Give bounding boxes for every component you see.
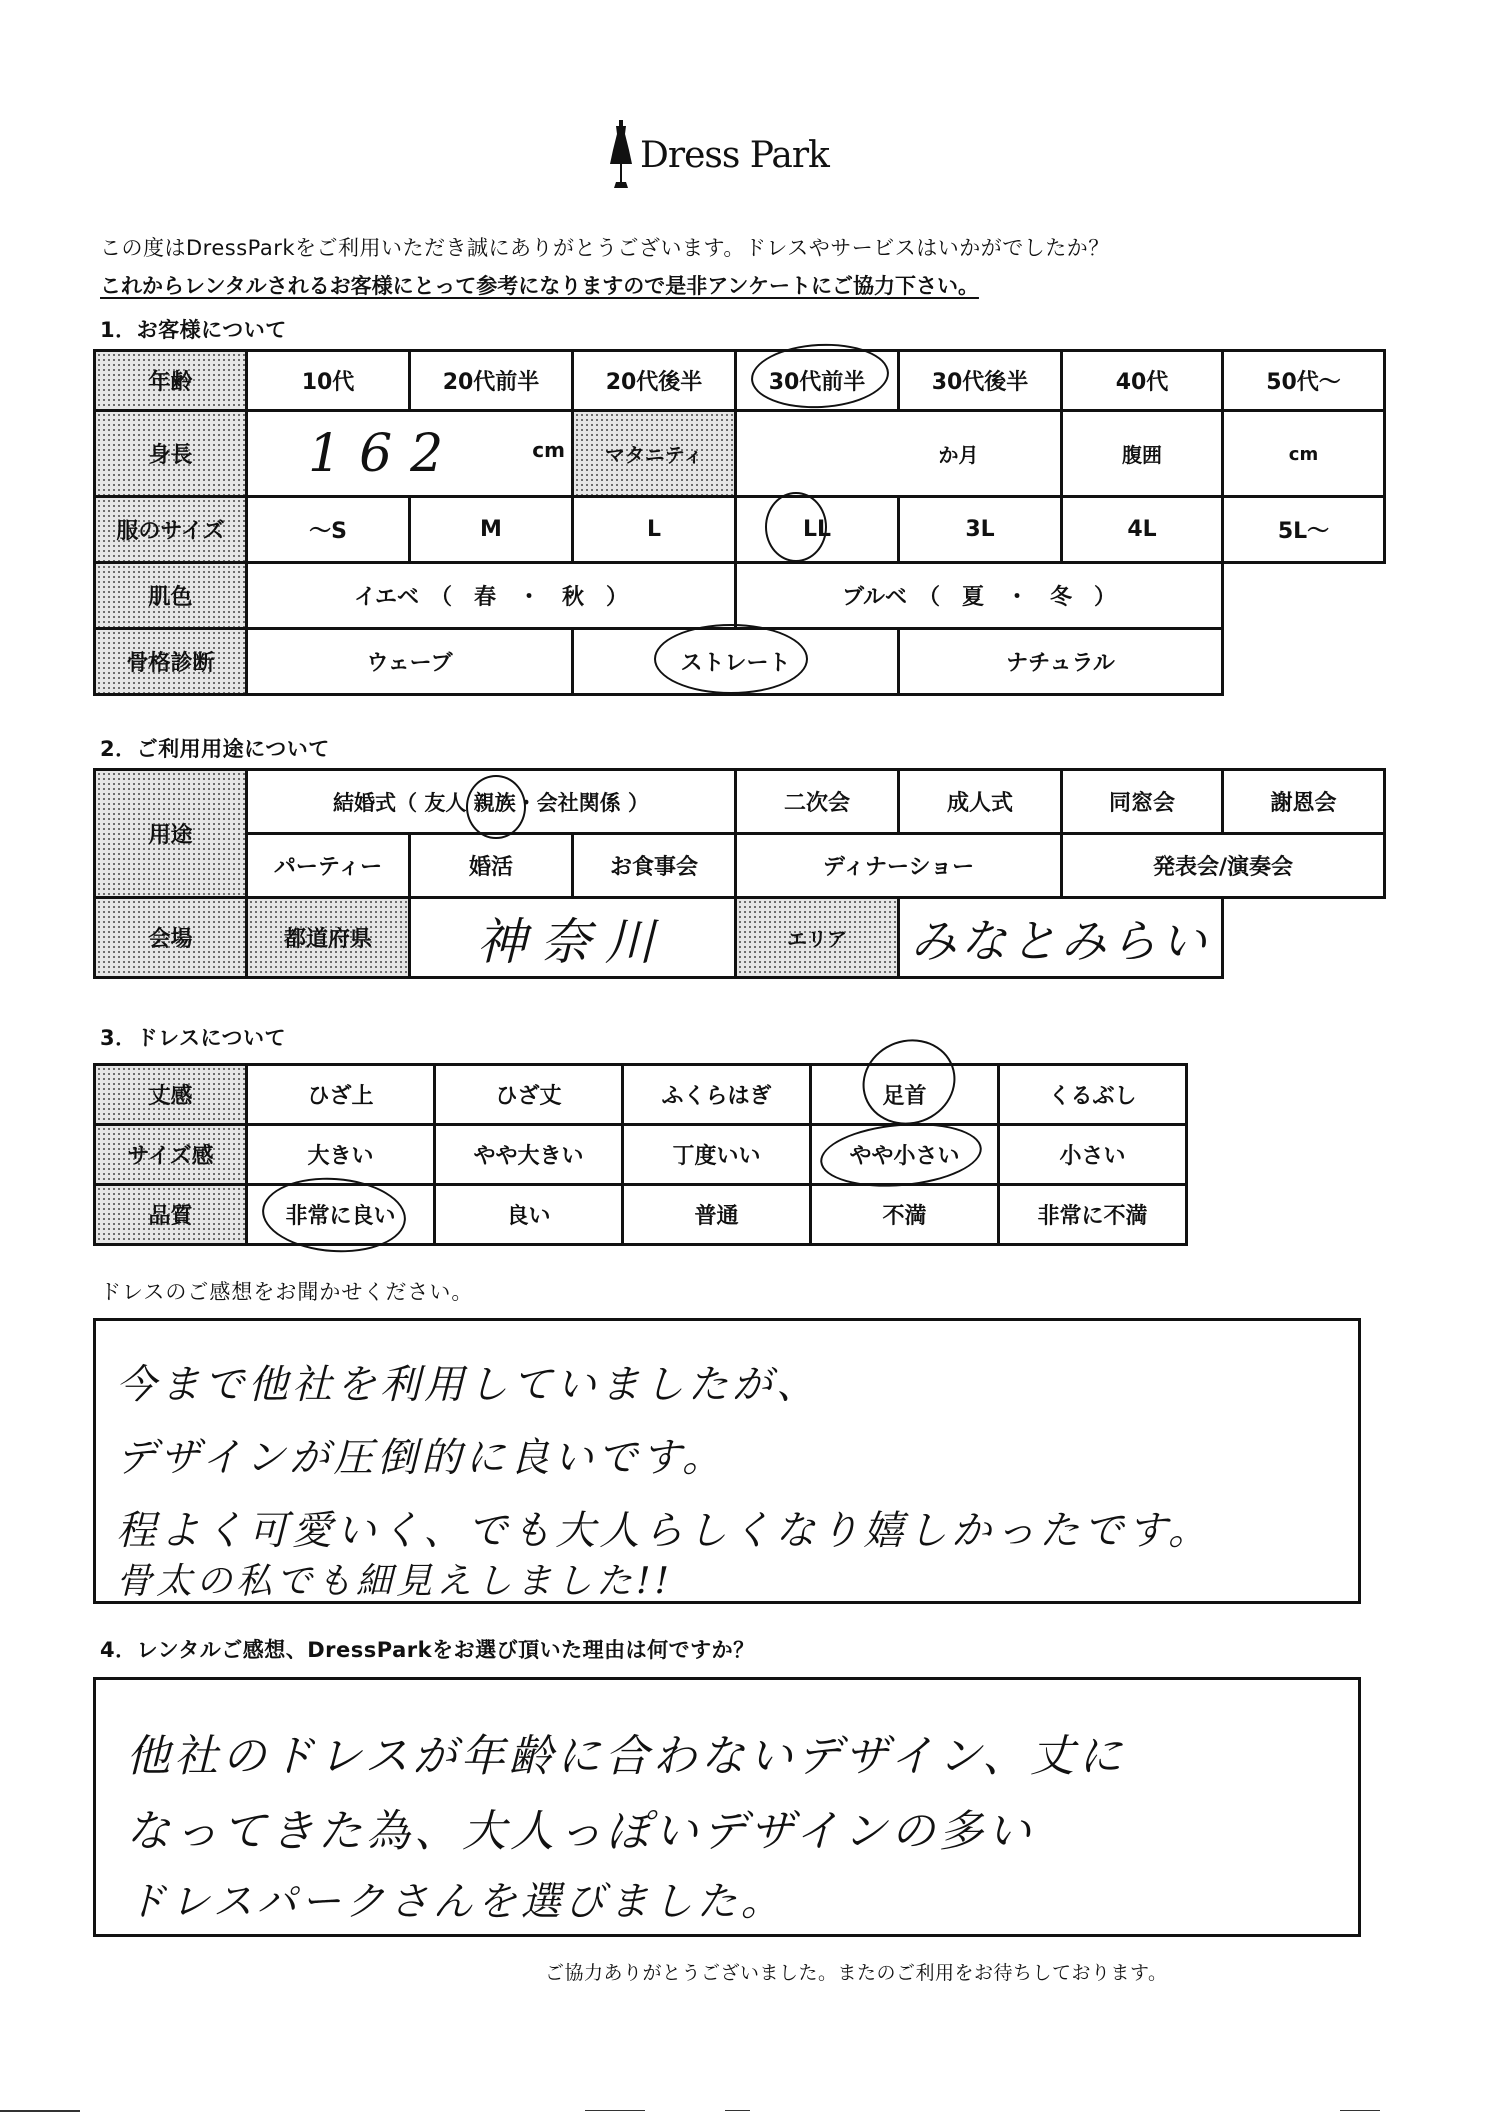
- comment-line: 程よく可愛いく、でも大人らしくなり嬉しかったです。: [116, 1499, 1212, 1556]
- body-type-row: 骨格診断 ウェーブ ストレート ナチュラル: [95, 629, 1385, 695]
- answer-line: 他社のドレスが年齢に合わないデザイン、丈に: [126, 1720, 1126, 1784]
- scan-artifact-divider: [1340, 2110, 1380, 2111]
- purpose-option[interactable]: ディナーショー: [736, 834, 1062, 898]
- purpose-option[interactable]: 同窓会: [1062, 770, 1223, 834]
- dress-rating-table: 丈感 ひざ上 ひざ丈 ふくらはぎ 足首 くるぶし サイズ感 大きい やや大きい …: [93, 1063, 1188, 1246]
- quality-option[interactable]: 普通: [623, 1185, 811, 1245]
- body-type-option[interactable]: ナチュラル: [899, 629, 1223, 695]
- purpose-option[interactable]: 婚活: [410, 834, 573, 898]
- section1-title: 1．お客様について: [100, 314, 287, 344]
- purpose-table: 用途 結婚式（ 友人 親族・会社関係 ） 二次会 成人式 同窓会 謝恩会 パーテ…: [93, 768, 1386, 979]
- venue-row: 会場 都道府県 神奈川 エリア みなとみらい: [95, 898, 1385, 978]
- fit-label: サイズ感: [95, 1125, 247, 1185]
- fit-row: サイズ感 大きい やや大きい 丁度いい やや小さい 小さい: [95, 1125, 1187, 1185]
- comment-line: デザインが圧倒的に良いです。: [116, 1426, 726, 1483]
- quality-option[interactable]: 非常に不満: [999, 1185, 1187, 1245]
- size-label: 服のサイズ: [95, 497, 247, 563]
- dress-form-icon: [610, 120, 632, 190]
- answer-line: ドレスパークさんを選びました。: [126, 1870, 785, 1927]
- quality-row: 品質 非常に良い 良い 普通 不満 非常に不満: [95, 1185, 1187, 1245]
- scan-artifact-divider: [0, 2110, 80, 2112]
- purpose-row-1: 用途 結婚式（ 友人 親族・会社関係 ） 二次会 成人式 同窓会 謝恩会: [95, 770, 1385, 834]
- fit-option[interactable]: 大きい: [247, 1125, 435, 1185]
- age-option[interactable]: 10代: [247, 351, 410, 411]
- body-type-option[interactable]: ウェーブ: [247, 629, 573, 695]
- age-row: 年齢 10代 20代前半 20代後半 30代前半 30代後半 40代 50代～: [95, 351, 1385, 411]
- height-label: 身長: [95, 411, 247, 497]
- fit-option-selected[interactable]: やや小さい: [811, 1125, 999, 1185]
- size-row: 服のサイズ ～S M L LL 3L 4L 5L～: [95, 497, 1385, 563]
- venue-label: 会場: [95, 898, 247, 978]
- age-option[interactable]: 20代前半: [410, 351, 573, 411]
- length-option-selected[interactable]: 足首: [811, 1065, 999, 1125]
- quality-label: 品質: [95, 1185, 247, 1245]
- length-option[interactable]: ひざ上: [247, 1065, 435, 1125]
- section3-title: 3．ドレスについて: [100, 1022, 286, 1052]
- dress-comment-prompt: ドレスのご感想をお聞かせください。: [100, 1276, 473, 1306]
- customer-info-table: 年齢 10代 20代前半 20代後半 30代前半 30代後半 40代 50代～ …: [93, 349, 1386, 696]
- age-option[interactable]: 50代～: [1223, 351, 1385, 411]
- length-option[interactable]: ふくらはぎ: [623, 1065, 811, 1125]
- age-option[interactable]: 40代: [1062, 351, 1223, 411]
- length-option[interactable]: ひざ丈: [435, 1065, 623, 1125]
- maternity-label: マタニティ: [573, 411, 736, 497]
- age-option-selected[interactable]: 30代前半: [736, 351, 899, 411]
- size-option[interactable]: 3L: [899, 497, 1062, 563]
- quality-option[interactable]: 不満: [811, 1185, 999, 1245]
- reason-answer-box[interactable]: 他社のドレスが年齢に合わないデザイン、丈に なってきた為、大人っぽいデザインの多…: [93, 1677, 1361, 1937]
- scan-artifact-divider: [725, 2110, 750, 2111]
- purpose-wedding-option[interactable]: 結婚式（ 友人 親族・会社関係 ）: [247, 770, 736, 834]
- section4-title: 4．レンタルご感想、DressParkをお選び頂いた理由は何ですか？: [100, 1634, 755, 1664]
- length-option[interactable]: くるぶし: [999, 1065, 1187, 1125]
- purpose-option[interactable]: 二次会: [736, 770, 899, 834]
- height-field[interactable]: 162 cm: [247, 411, 573, 497]
- size-option[interactable]: M: [410, 497, 573, 563]
- height-row: 身長 162 cm マタニティ か月 腹囲 cm: [95, 411, 1385, 497]
- dress-comment-box[interactable]: 今まで他社を利用していましたが、 デザインが圧倒的に良いです。 程よく可愛いく、…: [93, 1318, 1361, 1604]
- intro-text: この度はDressParkをご利用いただき誠にありがとうございます。ドレスやサー…: [100, 232, 1110, 262]
- purpose-option[interactable]: 謝恩会: [1223, 770, 1385, 834]
- purpose-label: 用途: [95, 770, 247, 898]
- size-option[interactable]: 4L: [1062, 497, 1223, 563]
- selection-circle: [850, 1026, 967, 1137]
- skin-option[interactable]: イエベ （ 春 ・ 秋 ）: [247, 563, 736, 629]
- length-label: 丈感: [95, 1065, 247, 1125]
- purpose-option[interactable]: お食事会: [573, 834, 736, 898]
- purpose-option[interactable]: 成人式: [899, 770, 1062, 834]
- belly-field[interactable]: cm: [1223, 411, 1385, 497]
- area-field[interactable]: みなとみらい: [899, 898, 1223, 978]
- purpose-option[interactable]: パーティー: [247, 834, 410, 898]
- brand-name: Dress Park: [640, 135, 829, 176]
- quality-option[interactable]: 良い: [435, 1185, 623, 1245]
- quality-option-selected[interactable]: 非常に良い: [247, 1185, 435, 1245]
- size-option[interactable]: L: [573, 497, 736, 563]
- scan-artifact-divider: [585, 2110, 645, 2111]
- skin-option[interactable]: ブルベ （ 夏 ・ 冬 ）: [736, 563, 1223, 629]
- fit-option[interactable]: 小さい: [999, 1125, 1187, 1185]
- size-option[interactable]: ～S: [247, 497, 410, 563]
- prefecture-field[interactable]: 神奈川: [410, 898, 736, 978]
- answer-line: なってきた為、大人っぽいデザインの多い: [126, 1795, 1035, 1859]
- age-label: 年齢: [95, 351, 247, 411]
- belly-label: 腹囲: [1062, 411, 1223, 497]
- comment-line: 今まで他社を利用していましたが、: [116, 1353, 820, 1410]
- body-type-option-selected[interactable]: ストレート: [573, 629, 899, 695]
- section2-title: 2．ご利用用途について: [100, 733, 330, 763]
- fit-option[interactable]: やや大きい: [435, 1125, 623, 1185]
- intro-request: これからレンタルされるお客様にとって参考になりますので是非アンケートにご協力下さ…: [100, 270, 979, 300]
- skin-row: 肌色 イエベ （ 春 ・ 秋 ） ブルベ （ 夏 ・ 冬 ）: [95, 563, 1385, 629]
- comment-line: 骨太の私でも細見えしました!!: [116, 1553, 673, 1604]
- size-option-selected[interactable]: LL: [736, 497, 899, 563]
- body-type-label: 骨格診断: [95, 629, 247, 695]
- purpose-option[interactable]: 発表会/演奏会: [1062, 834, 1385, 898]
- maternity-months-field[interactable]: か月: [736, 411, 1062, 497]
- skin-label: 肌色: [95, 563, 247, 629]
- height-unit: cm: [532, 438, 565, 462]
- age-option[interactable]: 30代後半: [899, 351, 1062, 411]
- footer-thanks: ご協力ありがとうございました。またのご利用をお待ちしております。: [545, 1958, 1167, 1985]
- height-value: 162: [308, 424, 461, 484]
- size-option[interactable]: 5L～: [1223, 497, 1385, 563]
- area-label: エリア: [736, 898, 899, 978]
- fit-option[interactable]: 丁度いい: [623, 1125, 811, 1185]
- age-option[interactable]: 20代後半: [573, 351, 736, 411]
- length-row: 丈感 ひざ上 ひざ丈 ふくらはぎ 足首 くるぶし: [95, 1065, 1187, 1125]
- purpose-row-2: パーティー 婚活 お食事会 ディナーショー 発表会/演奏会: [95, 834, 1385, 898]
- brand-logo: Dress Park: [610, 125, 829, 185]
- prefecture-label: 都道府県: [247, 898, 410, 978]
